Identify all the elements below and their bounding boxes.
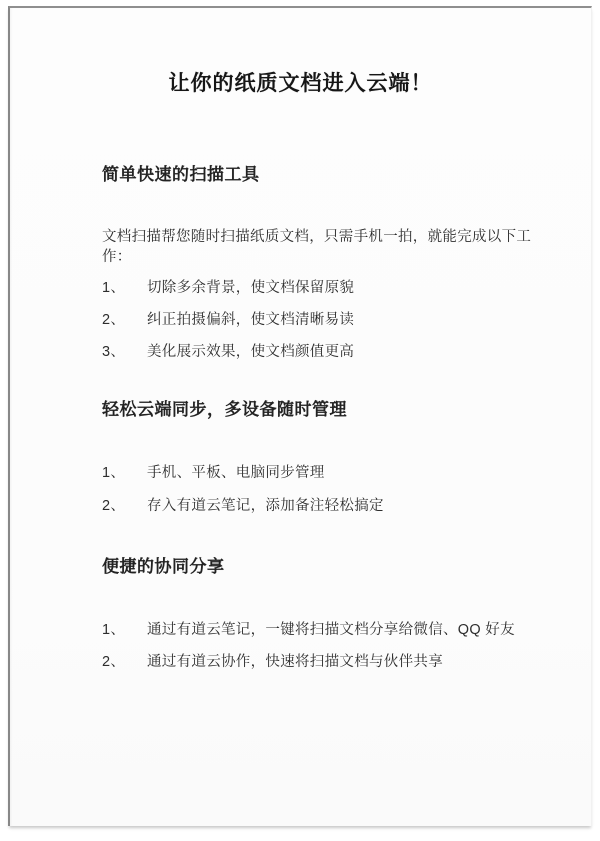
numbered-list: 1、 手机、平板、电脑同步管理 2、 存入有道云笔记，添加备注轻松搞定	[102, 463, 553, 516]
list-item: 1、 手机、平板、电脑同步管理	[102, 463, 553, 483]
list-item: 3、 美化展示效果，使文档颜值更高	[102, 342, 553, 362]
list-item-text: 手机、平板、电脑同步管理	[147, 463, 553, 483]
list-item-number: 2、	[102, 496, 147, 516]
list-item-number: 1、	[102, 620, 147, 640]
section-cloud-sync: 轻松云端同步，多设备随时管理 1、 手机、平板、电脑同步管理 2、 存入有道云笔…	[102, 400, 553, 516]
list-item: 2、 纠正拍摄偏斜，使文档清晰易读	[102, 310, 553, 330]
section-collaborative-share: 便捷的协同分享 1、 通过有道云笔记，一键将扫描文档分享给微信、QQ 好友 2、…	[102, 557, 553, 672]
list-item-text: 纠正拍摄偏斜，使文档清晰易读	[147, 310, 553, 330]
numbered-list: 1、 切除多余背景，使文档保留原貌 2、 纠正拍摄偏斜，使文档清晰易读 3、 美…	[102, 278, 553, 362]
section-heading: 简单快速的扫描工具	[102, 165, 553, 185]
scan-background: 让你的纸质文档进入云端！ 简单快速的扫描工具 文档扫描帮您随时扫描纸质文档，只需…	[0, 0, 600, 841]
section-heading: 轻松云端同步，多设备随时管理	[102, 400, 553, 420]
list-item-number: 1、	[102, 463, 147, 483]
list-item: 2、 通过有道云协作，快速将扫描文档与伙伴共享	[102, 652, 553, 672]
list-item: 2、 存入有道云笔记，添加备注轻松搞定	[102, 496, 553, 516]
list-item: 1、 切除多余背景，使文档保留原貌	[102, 278, 553, 298]
document-page: 让你的纸质文档进入云端！ 简单快速的扫描工具 文档扫描帮您随时扫描纸质文档，只需…	[8, 6, 592, 826]
list-item: 1、 通过有道云笔记，一键将扫描文档分享给微信、QQ 好友	[102, 620, 553, 640]
list-item-number: 1、	[102, 278, 147, 298]
list-item-text: 美化展示效果，使文档颜值更高	[147, 342, 553, 362]
document-title: 让你的纸质文档进入云端！	[10, 8, 591, 96]
list-item-text: 切除多余背景，使文档保留原貌	[147, 278, 553, 298]
numbered-list: 1、 通过有道云笔记，一键将扫描文档分享给微信、QQ 好友 2、 通过有道云协作…	[102, 620, 553, 672]
section-scan-tool: 简单快速的扫描工具 文档扫描帮您随时扫描纸质文档，只需手机一拍，就能完成以下工作…	[102, 165, 553, 362]
section-intro: 文档扫描帮您随时扫描纸质文档，只需手机一拍，就能完成以下工作：	[102, 227, 553, 267]
list-item-number: 3、	[102, 342, 147, 362]
section-heading: 便捷的协同分享	[102, 557, 553, 577]
list-item-text: 通过有道云笔记，一键将扫描文档分享给微信、QQ 好友	[147, 620, 553, 640]
list-item-number: 2、	[102, 310, 147, 330]
list-item-text: 通过有道云协作，快速将扫描文档与伙伴共享	[147, 652, 553, 672]
list-item-text: 存入有道云笔记，添加备注轻松搞定	[147, 496, 553, 516]
list-item-number: 2、	[102, 652, 147, 672]
